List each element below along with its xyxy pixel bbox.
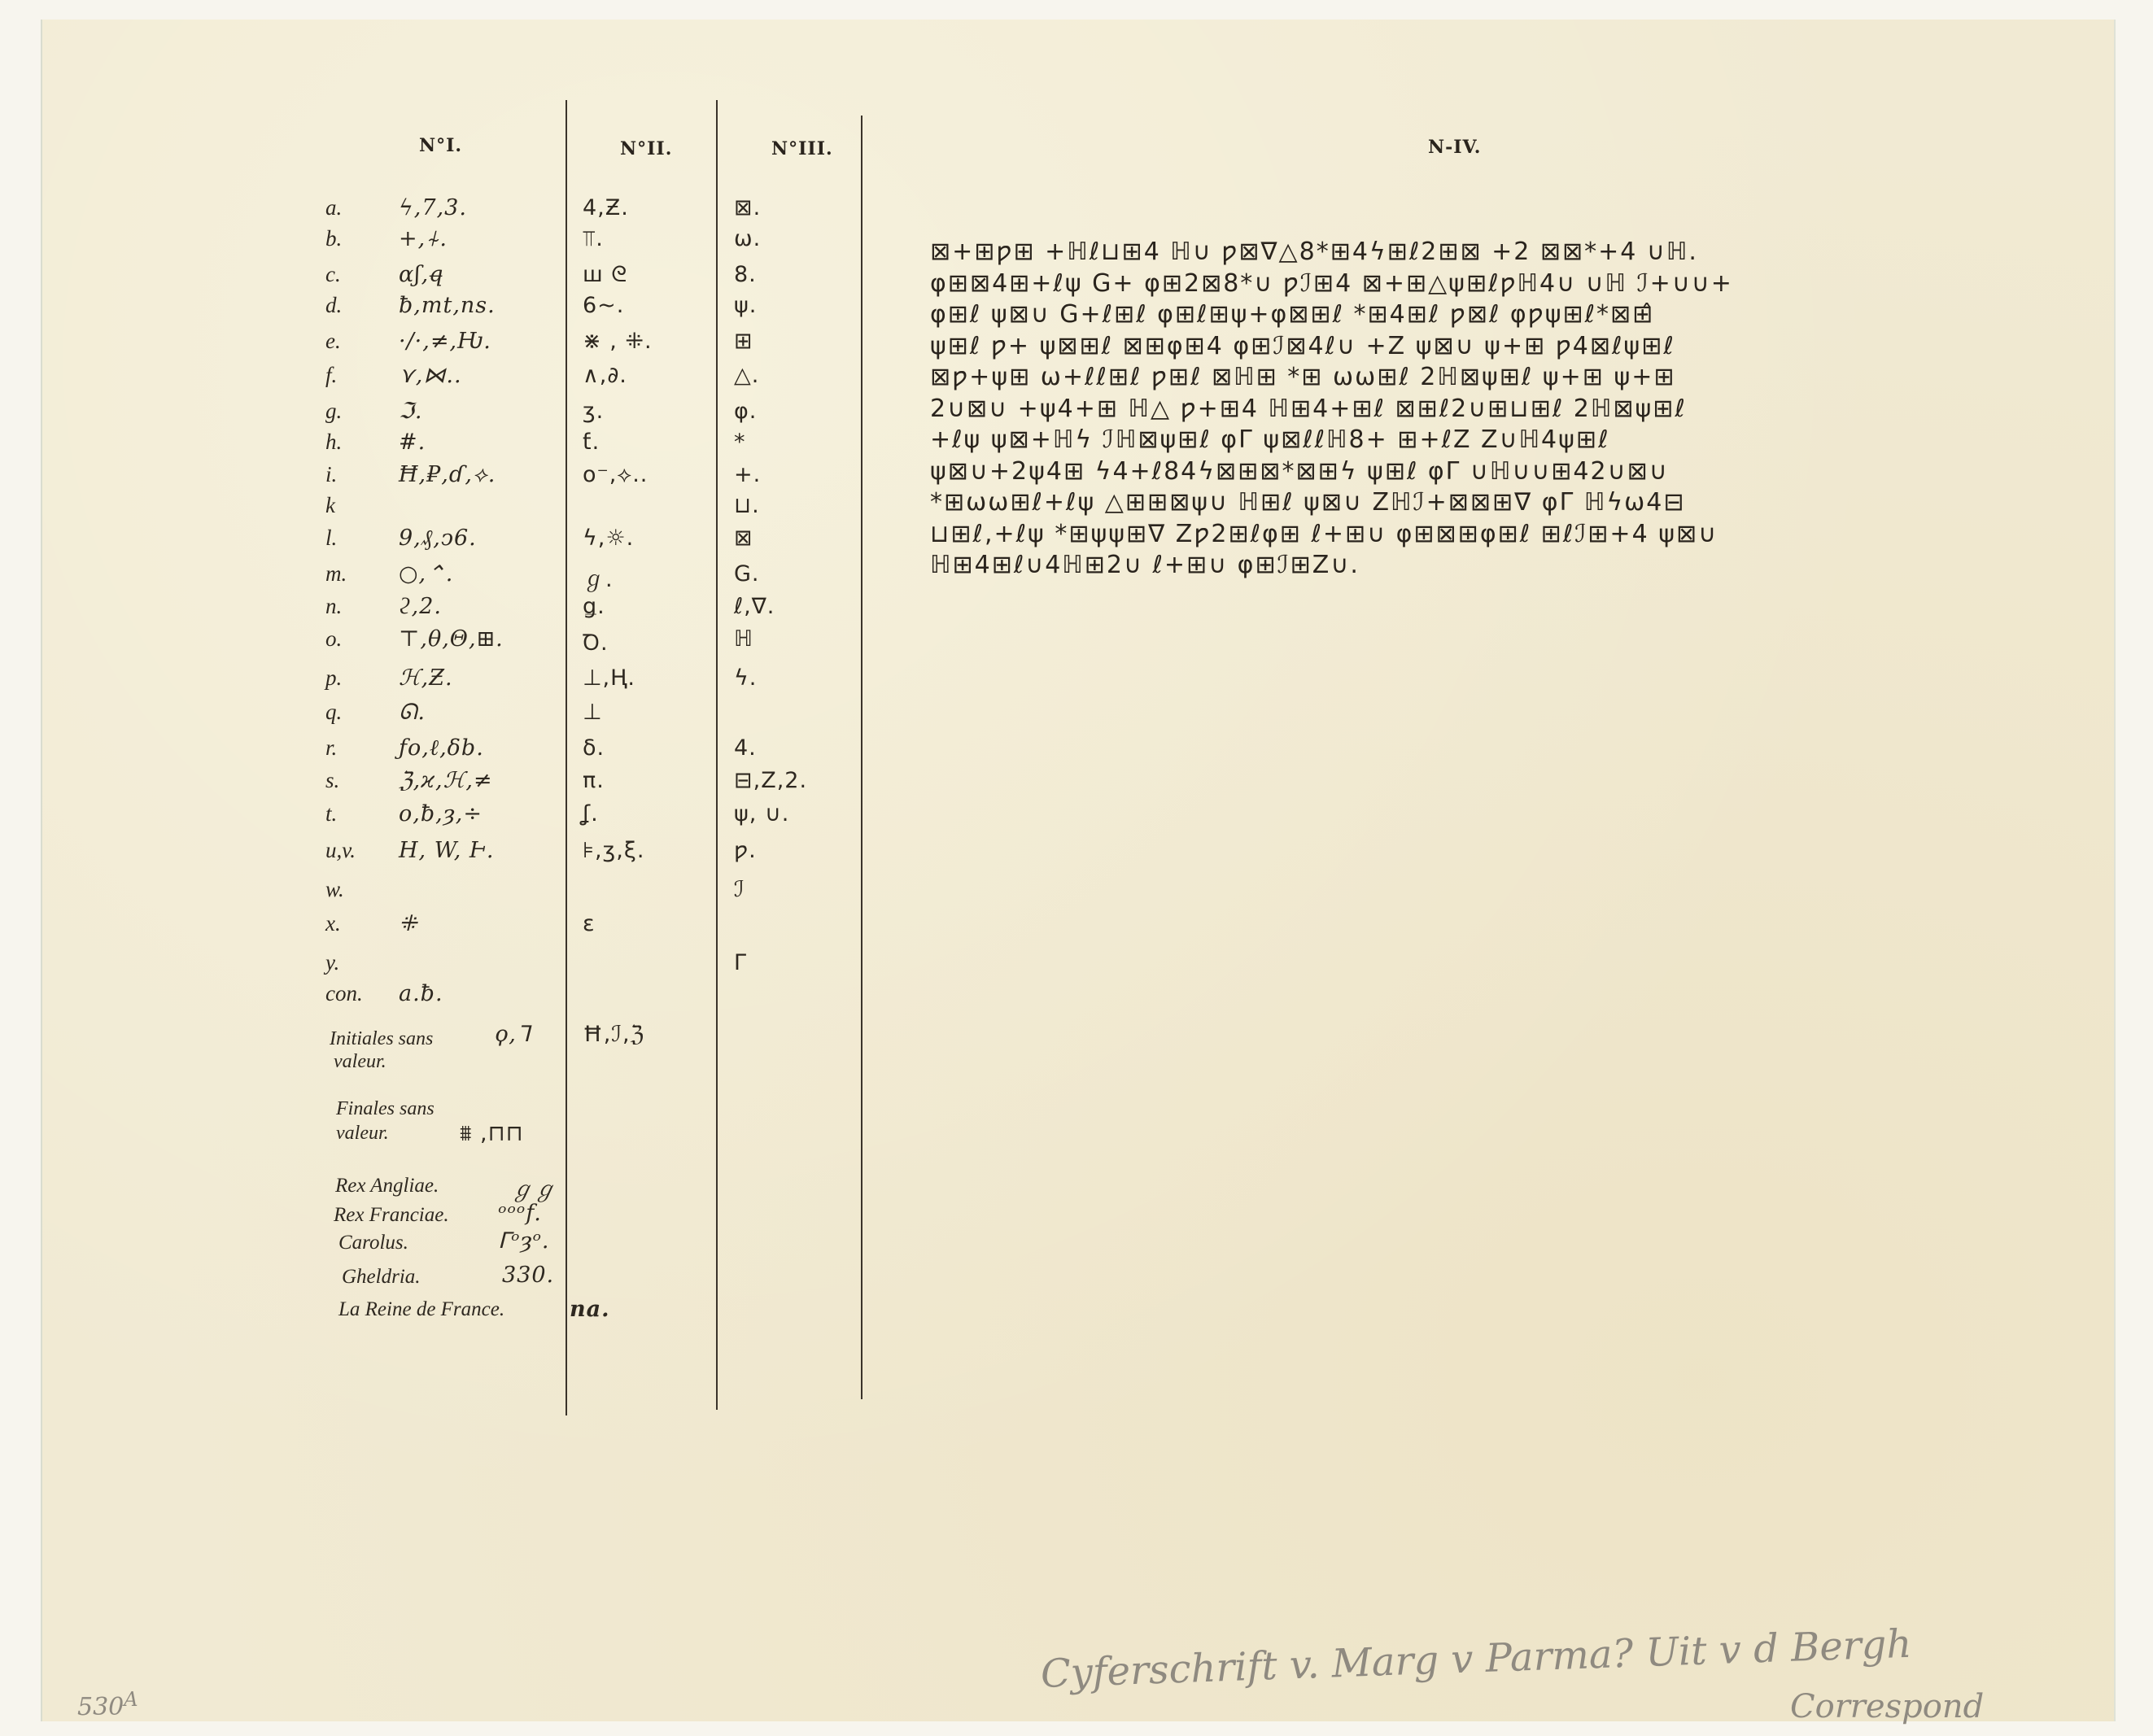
row-letter: m. xyxy=(325,561,347,587)
row-letter: n. xyxy=(325,594,342,619)
row-letter: u,v. xyxy=(325,838,356,863)
row-letter: x. xyxy=(325,911,341,936)
row-letter: con. xyxy=(325,981,363,1006)
row-letter: g. xyxy=(325,399,342,424)
row-n3-symbols: ℐ xyxy=(734,877,745,902)
row-n1-symbols: ⋎,⋈.. xyxy=(399,363,462,388)
row-n3-symbols: ƿ. xyxy=(734,838,757,863)
code-rex-franciae: ᵒᵒᵒf. xyxy=(498,1201,542,1226)
row-n2-symbols: Ꝺ. xyxy=(583,626,609,656)
row-n1-symbols: ○,⌃. xyxy=(399,561,453,587)
ciphertext-line: ⊠ƿ+ψ⊞ ω+ℓℓ⊞ℓ ƿ⊞ℓ ⊠ℍ⊞ *⊞ ωω⊞ℓ 2ℍ⊠ψ⊞ℓ ψ+⊞ … xyxy=(930,363,1676,391)
name-gheldria: Gheldria. xyxy=(342,1266,421,1289)
ciphertext-line: ψ⊞ℓ ƿ+ ψ⊠⊞ℓ ⊠⊞φ⊞4 φ⊞ℐ⊠4ℓ∪ +Z ψ⊠∪ ψ+⊞ ƿ4⊠… xyxy=(930,332,1675,360)
ciphertext-line: ψ⊠∪+2ψ4⊞ ϟ4+ℓ84ϟ⊠⊞⊠*⊠⊞ϟ ψ⊞ℓ φᒥ ∪ℍ∪∪⊞42∪⊠… xyxy=(930,457,1669,486)
row-n3-symbols: ⊠ xyxy=(734,526,753,551)
code-la-reine-de-france: na. xyxy=(570,1297,610,1322)
row-n1-symbols: +,⍭. xyxy=(399,226,448,252)
row-n1-symbols: ƒo,ℓ,ẟb. xyxy=(399,735,484,761)
name-la-reine-de-france: La Reine de France. xyxy=(338,1298,504,1321)
initiales-n1: ϙ,ᒣ xyxy=(495,1022,531,1047)
row-n2-symbols: ⊥ xyxy=(583,700,603,725)
row-letter: r. xyxy=(325,735,337,761)
ciphertext-line: 2∪⊠∪ +ψ4+⊞ ℍ△ ƿ+⊞4 ℍ⊞4+⊞ℓ ⊠⊞ℓ2∪⊞⊔⊞ℓ 2ℍ⊠ψ… xyxy=(930,395,1687,423)
row-n3-symbols: ω. xyxy=(734,226,761,251)
row-n3-symbols: ⊠. xyxy=(734,195,761,220)
finales-n1: ⩩ ,⊓⊓ xyxy=(460,1121,524,1147)
row-n3-symbols: 8. xyxy=(734,262,757,287)
row-n3-symbols: ψ, ∪. xyxy=(734,801,789,827)
row-n3-symbols: ℍ xyxy=(734,626,753,652)
row-letter: c. xyxy=(325,262,341,287)
row-n1-symbols: Ħ,₽,ɗ,⟡. xyxy=(399,462,496,488)
initiales-n2: Ħ,ℐ,ℨ xyxy=(583,1022,644,1047)
row-letter: b. xyxy=(325,226,342,251)
row-n1-symbols: 9,₰,ↄ6. xyxy=(399,526,477,551)
ciphertext-line: φ⊞⊠4⊞+ℓψ G+ φ⊞2⊠8*∪ ƿℐ⊞4 ⊠+⊞△ψ⊞ℓƿℍ4∪ ∪ℍ … xyxy=(930,269,1733,298)
row-n3-symbols: G. xyxy=(734,561,760,587)
row-n3-symbols: ⊞ xyxy=(734,329,753,354)
row-n1-symbols: H, W, Ⱶ. xyxy=(399,838,494,863)
pencil-note-line2: Correspond xyxy=(1790,1688,1984,1725)
row-n2-symbols: 4,Ƶ. xyxy=(583,195,629,220)
name-rex-franciae: Rex Franciae. xyxy=(334,1204,449,1227)
row-letter: o. xyxy=(325,626,342,652)
row-n1-symbols: ƀ,mt,ns. xyxy=(399,293,496,318)
ciphertext-line: φ⊞ℓ ψ⊠∪ G+ℓ⊞ℓ φ⊞ℓ⊞ψ+φ⊠⊞ℓ *⊞4⊞ℓ ƿ⊠ℓ φƿψ⊞ℓ… xyxy=(930,300,1654,329)
row-n2-symbols: ε xyxy=(583,911,596,936)
row-letter: a. xyxy=(325,195,342,220)
code-rex-angliae: ℊℊ xyxy=(511,1171,557,1203)
ciphertext-line: *⊞ωω⊞ℓ+ℓψ △⊞⊞⊠ψ∪ ℍ⊞ℓ ψ⊠∪ Zℍℐ+⊠⊠⊞∇ φᒥ ℍϟω… xyxy=(930,488,1685,517)
row-n3-symbols: ψ. xyxy=(734,293,757,318)
catalog-number-value: 530 xyxy=(77,1693,124,1721)
row-n1-symbols: ϟ,7,3. xyxy=(399,195,467,220)
ciphertext-line: +ℓψ ψ⊠+ℍϟ ℐℍ⊠ψ⊞ℓ φᒥ ψ⊠ℓℓℍ8+ ⊞+ℓZ Z∪ℍ4ψ⊞ℓ xyxy=(930,425,1609,454)
row-n1-symbols: ℑ. xyxy=(399,399,422,424)
row-n3-symbols: * xyxy=(734,430,746,455)
row-n3-symbols: φ. xyxy=(734,399,757,424)
catalog-number: 530A xyxy=(77,1688,138,1721)
row-n2-symbols: ʒ. xyxy=(583,399,604,424)
column-header-1: N°I. xyxy=(419,135,462,156)
code-carolus: ᒥᵒȝᵒ. xyxy=(498,1228,550,1254)
row-letter: d. xyxy=(325,293,342,318)
row-n1-symbols: ⊤,θ,Θ,⊞. xyxy=(399,626,504,652)
row-n2-symbols: ⊥,Ⱨ. xyxy=(583,665,635,691)
row-letter: h. xyxy=(325,430,342,455)
row-letter: f. xyxy=(325,363,337,388)
row-n1-symbols: ϩ,2. xyxy=(399,594,442,619)
row-n2-symbols: ⫪. xyxy=(583,226,604,252)
column-divider-2 xyxy=(716,100,718,1410)
row-n1-symbols: ᘏ. xyxy=(399,700,426,726)
row-letter: p. xyxy=(325,665,342,691)
row-letter: l. xyxy=(325,526,337,551)
column-divider-1 xyxy=(566,100,567,1415)
name-rex-angliae: Rex Angliae. xyxy=(335,1175,439,1197)
row-n2-symbols: o⁻,⟡.. xyxy=(583,462,648,488)
column-header-3: N°III. xyxy=(771,138,833,159)
row-n3-symbols: ϟ. xyxy=(734,665,757,691)
initiales-label-2: valeur. xyxy=(334,1051,386,1073)
row-n2-symbols: ⊧,ʒ,ξ. xyxy=(583,838,644,863)
row-n1-symbols: a.ƀ. xyxy=(399,981,443,1006)
code-gheldria: 330. xyxy=(502,1263,554,1288)
row-n2-symbols: ẟ. xyxy=(583,735,605,761)
row-n1-symbols: αʃ,q̶ xyxy=(399,262,443,287)
finales-label-2: valeur. xyxy=(336,1123,389,1145)
row-letter: i. xyxy=(325,462,337,487)
ciphertext-line: ⊔⊞ℓ,+ℓψ *⊞ψψ⊞∇ Zƿ2⊞ℓφ⊞ ℓ+⊞∪ φ⊞⊠⊞φ⊞ℓ ⊞ℓℐ⊞… xyxy=(930,520,1718,548)
name-carolus: Carolus. xyxy=(338,1232,408,1254)
row-n2-symbols: ϟ,☼. xyxy=(583,526,634,551)
initiales-label: Initiales sans xyxy=(330,1028,433,1050)
row-n2-symbols: ∧,∂. xyxy=(583,363,627,388)
row-letter: w. xyxy=(325,877,344,902)
row-n1-symbols: ·/·,≠,Ƕ. xyxy=(399,329,491,354)
row-n2-symbols: ǥ. xyxy=(583,594,605,619)
row-n3-symbols: ⊟,Z,2. xyxy=(734,768,807,793)
row-n2-symbols: π. xyxy=(583,768,605,793)
finales-label: Finales sans xyxy=(336,1098,435,1120)
row-n2-symbols: ш ᘓ xyxy=(583,262,627,288)
row-n2-symbols: ʆ. xyxy=(583,801,599,827)
row-letter: s. xyxy=(325,768,339,793)
row-n1-symbols: o,ƀ,ȝ,÷ xyxy=(399,801,483,827)
row-n3-symbols: +. xyxy=(734,462,761,487)
row-n2-symbols: ƭ. xyxy=(583,430,600,455)
row-n2-symbols: ⋇ , ⁜. xyxy=(583,329,653,354)
row-letter: e. xyxy=(325,329,341,354)
row-n1-symbols: ℨ,ϰ,ℋ,≠ xyxy=(399,768,493,793)
row-n1-symbols: #. xyxy=(399,430,426,455)
row-letter: q. xyxy=(325,700,342,725)
row-n3-symbols: ℓ,∇. xyxy=(734,594,775,619)
row-n1-symbols: ⁜ xyxy=(399,911,418,936)
ciphertext-line: ℍ⊞4⊞ℓ∪4ℍ⊞2∪ ℓ+⊞∪ φ⊞ℐ⊞Z∪. xyxy=(930,551,1360,579)
row-n2-symbols: ℊ. xyxy=(583,561,614,593)
row-letter: k xyxy=(325,493,335,518)
row-letter: y. xyxy=(325,950,339,975)
row-letter: t. xyxy=(325,801,337,827)
ciphertext-line: ⊠+⊞ƿ⊞ +ℍℓ⊔⊞4 ℍ∪ ƿ⊠∇△8*⊞4ϟ⊞ℓ2⊞⊠ +2 ⊠⊠*+4 … xyxy=(930,238,1698,266)
row-n3-symbols: △. xyxy=(734,363,759,388)
column-header-2: N°II. xyxy=(620,138,672,159)
row-n3-symbols: ᒥ xyxy=(734,950,747,975)
column-header-4: N-IV. xyxy=(1428,137,1481,158)
catalog-number-suffix: A xyxy=(124,1688,138,1711)
column-divider-3 xyxy=(861,116,863,1399)
row-n3-symbols: ⊔. xyxy=(734,493,760,518)
row-n2-symbols: 6~. xyxy=(583,293,624,318)
row-n3-symbols: 4. xyxy=(734,735,757,761)
row-n1-symbols: ℋ,Ƶ. xyxy=(399,665,453,691)
